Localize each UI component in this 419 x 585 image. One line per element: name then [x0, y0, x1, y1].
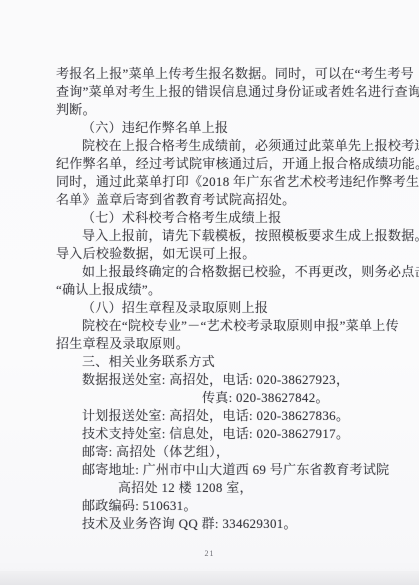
contact-line-postcode: 邮政编码: 510631。: [56, 497, 388, 515]
page-number: 21: [0, 549, 419, 558]
text-line: 考报名上报”菜单上传考生报名数据。同时，可以在“考生考号: [56, 65, 388, 83]
text-line: 院校在上报合格考生成绩前，必须通过此菜单先上报校考违: [56, 137, 388, 155]
text-line: 院校在“院校专业”－“艺术校考录取原则申报”菜单上传: [56, 317, 388, 335]
text-line: 名单》盖章后寄到省教育考试院高招处。: [56, 191, 388, 209]
contact-line-address-2: 高招处 12 楼 1208 室，: [56, 479, 388, 497]
text-line: 招生章程及录取原则。: [56, 335, 388, 353]
contact-line-fax: 传真: 020-38627842。: [56, 389, 388, 407]
text-line: 如上报最终确定的合格数据已校验，不再更改，则务必点击: [56, 263, 388, 281]
section-heading-6: （六）违纪作弊名单上报: [56, 119, 388, 137]
text-line: 导入后校验数据，如无误可上报。: [56, 245, 388, 263]
body-text: 考报名上报”菜单上传考生报名数据。同时，可以在“考生考号 查询”菜单对考生上报的…: [56, 65, 388, 533]
text-line: 判断。: [56, 101, 388, 119]
scan-edge: [0, 571, 419, 585]
section-heading-7: （七）术科校考合格考生成绩上报: [56, 209, 388, 227]
contact-line-qq-group: 技术及业务咨询 QQ 群: 334629301。: [56, 515, 388, 533]
contact-line-plan-dept: 计划报送处室: 高招处，电话: 020-38627836。: [56, 407, 388, 425]
contact-line-address-1: 邮寄地址: 广州市中山大道西 69 号广东省教育考试院: [56, 461, 388, 479]
text-line: 查询”菜单对考生上报的错误信息通过身份证或者姓名进行查询: [56, 83, 388, 101]
text-line: “确认上报成绩”。: [56, 281, 388, 299]
document-page: 考报名上报”菜单上传考生报名数据。同时，可以在“考生考号 查询”菜单对考生上报的…: [0, 0, 419, 585]
section-heading-8: （八）招生章程及录取原则上报: [56, 299, 388, 317]
text-line: 导入上报前，请先下载模板，按照模板要求生成上报数据。: [56, 227, 388, 245]
text-line: 同时，通过此菜单打印《2018 年广东省艺术校考违纪作弊考生: [56, 173, 388, 191]
section-heading-3: 三、相关业务联系方式: [56, 353, 388, 371]
contact-line-tech-dept: 技术支持处室: 信息处，电话: 020-38627917。: [56, 425, 388, 443]
contact-line-data-dept: 数据报送处室: 高招处，电话: 020-38627923，: [56, 371, 388, 389]
contact-line-mail: 邮寄: 高招处（体艺组），: [56, 443, 388, 461]
text-line: 纪作弊名单，经过考试院审核通过后，开通上报合格成绩功能。: [56, 155, 388, 173]
